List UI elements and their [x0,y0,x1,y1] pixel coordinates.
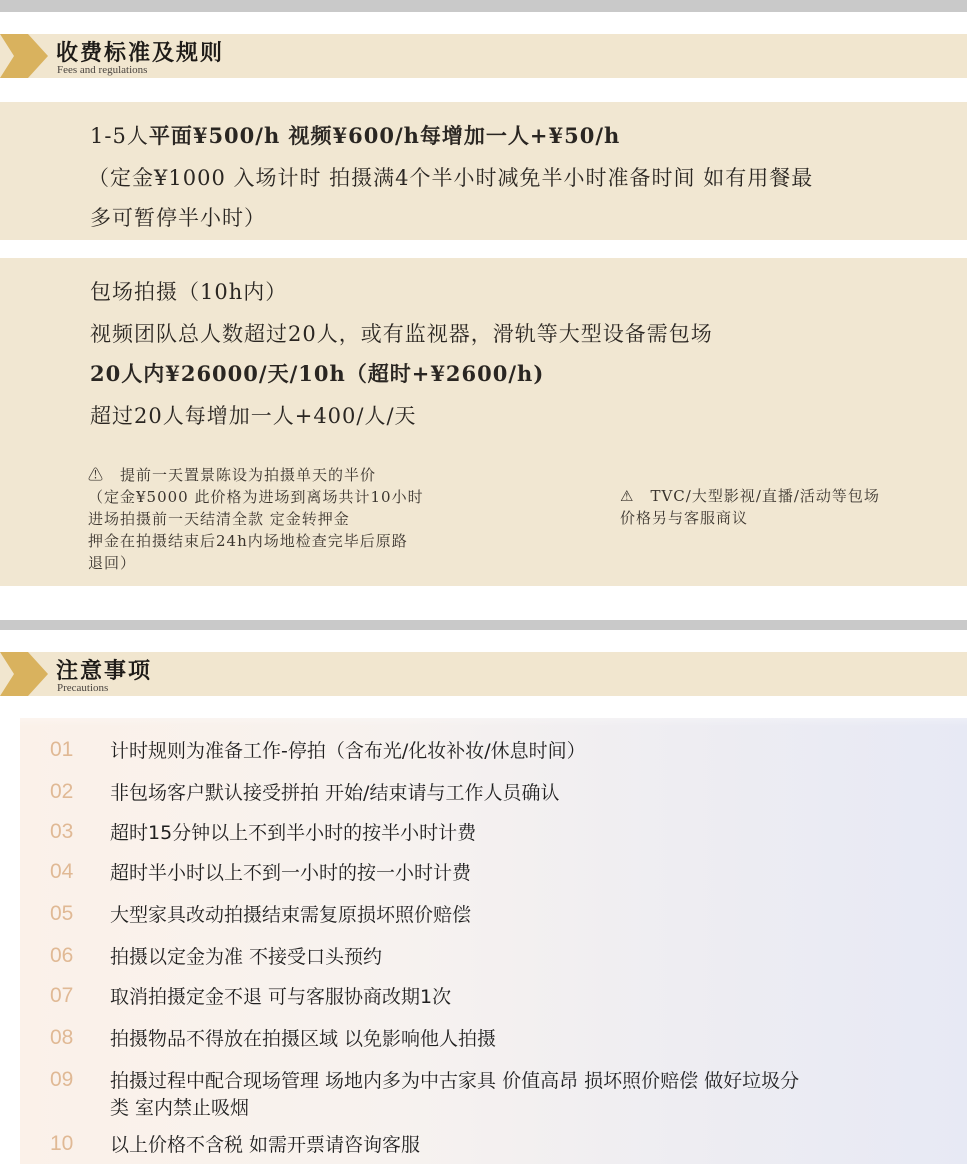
item-number: 04 [50,860,73,884]
buyout-price: 20人内¥26000/天/10h（超时+¥2600/h) [90,358,544,388]
section-header-fees: 收费标准及规则 Fees and regulations [0,34,967,78]
item-text: 非包场客户默认接受拼拍 开始/结束请与工作人员确认 [110,780,810,807]
buyout-extra: 超过20人每增加一人+400/人/天 [90,400,417,430]
buyout-note-left: ⚠ 提前一天置景陈设为拍摄单天的半价 （定金¥5000 此价格为进场到离场共计1… [88,464,508,574]
middle-divider [0,620,967,630]
note-line: （定金¥5000 此价格为进场到离场共计10小时 [88,486,508,508]
item-text: 计时规则为准备工作-停拍（含布光/化妆补妆/休息时间） [110,738,810,765]
item-text: 超时半小时以上不到一小时的按一小时计费 [110,860,810,887]
item-text: 拍摄以定金为准 不接受口头预约 [110,944,810,971]
item-number: 05 [50,902,73,926]
chevron-right-icon [0,34,50,78]
item-number: 06 [50,944,73,968]
hourly-terms-line1: （定金¥1000 入场计时 拍摄满4个半小时减免半小时准备时间 如有用餐最 [88,162,813,192]
top-divider [0,0,967,12]
chevron-right-icon [0,652,50,696]
buyout-note-right: ⚠ TVC/大型影视/直播/活动等包场 价格另与客服商议 [620,485,960,529]
item-number: 02 [50,780,73,804]
section-subtitle: Precautions [57,682,108,694]
buyout-title: 包场拍摄（10h内） [90,276,287,306]
precautions-list: 01 计时规则为准备工作-停拍（含布光/化妆补妆/休息时间） 02 非包场客户默… [20,718,967,1164]
item-number: 10 [50,1132,73,1156]
section-subtitle: Fees and regulations [57,64,147,76]
item-text: 拍摄物品不得放在拍摄区域 以免影响他人拍摄 [110,1026,810,1053]
buyout-pricing-panel: 包场拍摄（10h内） 视频团队总人数超过20人，或有监视器，滑轨等大型设备需包场… [0,258,967,586]
gradient-fade [0,696,967,726]
item-number: 09 [50,1068,73,1092]
item-text: 取消拍摄定金不退 可与客服协商改期1次 [110,984,810,1011]
buyout-condition: 视频团队总人数超过20人，或有监视器，滑轨等大型设备需包场 [90,318,713,348]
note-line: 押金在拍摄结束后24h内场地检查完毕后原路 [88,530,508,552]
hourly-pricing-panel: 1-5人平面¥500/h 视频¥600/h每增加一人+¥50/h （定金¥100… [0,102,967,240]
item-number: 01 [50,738,73,762]
hourly-price-line: 1-5人平面¥500/h 视频¥600/h每增加一人+¥50/h [90,120,620,150]
section-header-precautions: 注意事项 Precautions [0,652,967,696]
note-line: 价格另与客服商议 [620,507,960,529]
section-title: 收费标准及规则 [56,36,224,67]
hourly-people-range: 1-5人 [90,124,149,148]
item-number: 03 [50,820,73,844]
item-text: 以上价格不含税 如需开票请咨询客服 [110,1132,810,1159]
item-text: 拍摄过程中配合现场管理 场地内多为中古家具 价值高昂 损坏照价赔偿 做好垃圾分类… [110,1068,810,1122]
note-line: 退回） [88,552,508,574]
hourly-price-values: 平面¥500/h 视频¥600/h每增加一人+¥50/h [149,123,620,148]
hourly-terms-line2: 多可暂停半小时） [90,202,266,232]
item-text: 超时15分钟以上不到半小时的按半小时计费 [110,820,810,847]
note-line: ⚠ 提前一天置景陈设为拍摄单天的半价 [88,464,508,486]
section-title: 注意事项 [56,654,152,685]
item-number: 07 [50,984,73,1008]
note-line: ⚠ TVC/大型影视/直播/活动等包场 [620,485,960,507]
item-number: 08 [50,1026,73,1050]
item-text: 大型家具改动拍摄结束需复原损坏照价赔偿 [110,902,810,929]
note-line: 进场拍摄前一天结清全款 定金转押金 [88,508,508,530]
